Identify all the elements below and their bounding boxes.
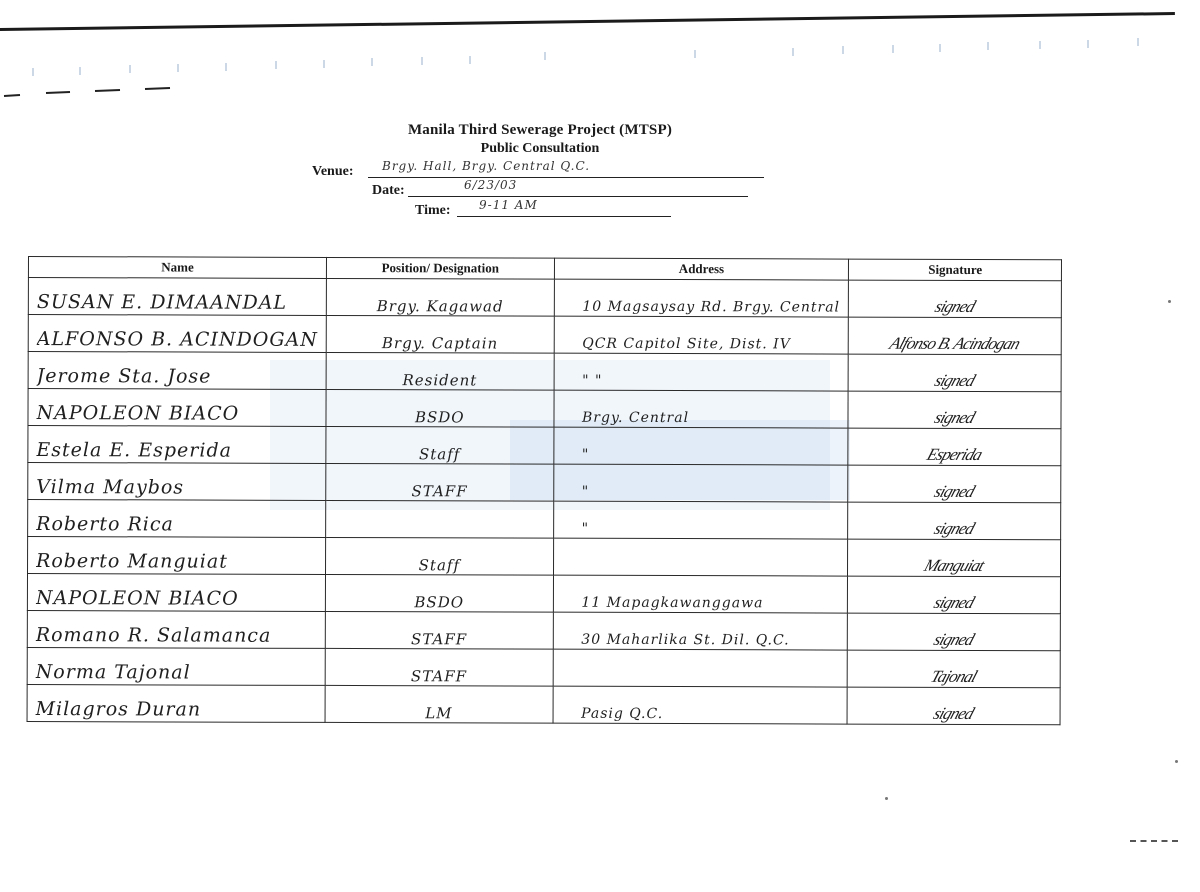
document-header: Manila Third Sewerage Project (MTSP) Pub…	[300, 122, 780, 157]
date-label: Date:	[372, 183, 405, 199]
signature-mark: signed	[854, 370, 1056, 391]
name-cell: Estela E. Esperida	[28, 426, 326, 464]
name-cell: Roberto Rica	[28, 500, 326, 538]
signature-mark: Alfonso B. Acindogan	[854, 333, 1056, 354]
address-cell: " "	[554, 353, 849, 391]
name-cell: Vilma Maybos	[28, 463, 326, 501]
signature-cell: Alfonso B. Acindogan	[849, 317, 1062, 355]
handwritten-address: "	[562, 484, 840, 502]
column-header-address: Address	[554, 258, 849, 280]
signature-mark: signed	[853, 518, 1055, 539]
venue-field: Venue: Brgy. Hall, Brgy. Central Q.C.	[312, 164, 354, 180]
table-row: SUSAN E. DIMAANDALBrgy. Kagawad10 Magsay…	[28, 278, 1061, 318]
handwritten-position: STAFF	[334, 630, 544, 649]
scan-edge-marks	[1130, 840, 1178, 842]
position-cell: Brgy. Captain	[326, 315, 554, 353]
signature-cell: signed	[848, 391, 1061, 429]
handwritten-position: Brgy. Captain	[335, 334, 545, 353]
position-cell: Staff	[326, 426, 554, 464]
venue-value: Brgy. Hall, Brgy. Central Q.C.	[368, 159, 764, 178]
signature-cell: signed	[848, 502, 1061, 540]
handwritten-name: Milagros Duran	[36, 698, 317, 722]
position-cell: STAFF	[325, 648, 553, 686]
table-row: Roberto ManguiatStaffManguiat	[28, 537, 1061, 577]
handwritten-address: 30 Maharlika St. Dil. Q.C.	[561, 632, 839, 650]
time-label: Time:	[415, 203, 451, 219]
table-row: Romano R. SalamancaSTAFF30 Maharlika St.…	[27, 610, 1060, 650]
scan-speck	[1168, 300, 1171, 303]
name-cell: Milagros Duran	[27, 684, 325, 722]
column-header-signature: Signature	[849, 259, 1062, 281]
position-cell: BSDO	[326, 574, 554, 612]
signature-cell: signed	[848, 465, 1061, 503]
handwritten-position: Resident	[335, 371, 545, 390]
signature-cell: signed	[848, 687, 1061, 725]
address-cell	[553, 649, 848, 687]
handwritten-address: "	[562, 447, 840, 465]
venue-label: Venue:	[312, 164, 354, 180]
handwritten-position: Staff	[334, 445, 544, 464]
signature-mark: signed	[853, 481, 1055, 502]
signature-cell: Esperida	[848, 428, 1061, 466]
signature-cell: Tajonal	[848, 650, 1061, 688]
scan-tick-marks	[0, 20, 1200, 100]
position-cell: STAFF	[325, 611, 553, 649]
table-row: Milagros DuranLMPasig Q.C.signed	[27, 684, 1060, 724]
handwritten-address: 11 Mapagkawanggawa	[561, 595, 839, 613]
name-cell: NAPOLEON BIACO	[27, 574, 325, 612]
address-cell: 30 Maharlika St. Dil. Q.C.	[553, 612, 848, 650]
attendance-table: Name Position/ Designation Address Signa…	[27, 256, 1062, 725]
signature-mark: Tajonal	[853, 666, 1055, 687]
handwritten-position: LM	[334, 704, 544, 723]
time-field: Time: 9-11 AM	[415, 203, 451, 219]
address-cell: "	[553, 464, 848, 502]
scan-speck	[1175, 760, 1178, 763]
name-cell: NAPOLEON BIACO	[28, 389, 326, 427]
position-cell: Brgy. Kagawad	[326, 278, 554, 316]
address-cell: 10 Magsaysay Rd. Brgy. Central	[554, 279, 849, 317]
table-row: Vilma MaybosSTAFF"signed	[28, 463, 1061, 503]
handwritten-address: QCR Capitol Site, Dist. IV	[562, 336, 840, 354]
name-cell: Roberto Manguiat	[28, 537, 326, 575]
position-cell: LM	[325, 685, 553, 723]
handwritten-name: NAPOLEON BIACO	[36, 402, 317, 426]
date-field: Date: 6/23/03	[372, 183, 405, 199]
signature-cell: signed	[848, 576, 1061, 614]
address-cell	[553, 538, 848, 576]
column-header-position: Position/ Designation	[327, 257, 554, 279]
handwritten-position: BSDO	[334, 593, 544, 612]
handwritten-position: Brgy. Kagawad	[335, 297, 545, 316]
address-cell: Pasig Q.C.	[553, 686, 848, 724]
time-value: 9-11 AM	[457, 198, 671, 217]
position-cell	[326, 500, 554, 538]
position-cell: BSDO	[326, 389, 554, 427]
signature-cell: Manguiat	[848, 539, 1061, 577]
handwritten-name: Jerome Sta. Jose	[37, 365, 318, 389]
handwritten-name: Norma Tajonal	[36, 661, 317, 685]
handwritten-address: 10 Magsaysay Rd. Brgy. Central	[562, 299, 840, 317]
handwritten-name: ALFONSO B. ACINDOGAN	[37, 328, 318, 352]
address-cell: "	[553, 501, 848, 539]
document-subtitle: Public Consultation	[300, 141, 780, 157]
handwritten-name: Roberto Manguiat	[36, 550, 317, 574]
address-cell: Brgy. Central	[553, 390, 848, 428]
handwritten-name: Romano R. Salamanca	[36, 624, 317, 648]
handwritten-name: SUSAN E. DIMAANDAL	[37, 291, 318, 315]
signature-mark: signed	[854, 407, 1056, 428]
signature-cell: signed	[849, 280, 1062, 318]
name-cell: Norma Tajonal	[27, 647, 325, 685]
table-row: ALFONSO B. ACINDOGANBrgy. CaptainQCR Cap…	[28, 315, 1061, 355]
signature-mark: signed	[853, 629, 1055, 650]
address-cell: 11 Mapagkawanggawa	[553, 575, 848, 613]
address-cell: QCR Capitol Site, Dist. IV	[554, 316, 849, 354]
table-row: NAPOLEON BIACOBSDO11 Mapagkawanggawasign…	[27, 574, 1060, 614]
name-cell: SUSAN E. DIMAANDAL	[28, 278, 326, 316]
table-row: NAPOLEON BIACOBSDOBrgy. Centralsigned	[28, 389, 1061, 429]
signature-mark: Manguiat	[853, 555, 1055, 576]
date-value: 6/23/03	[408, 178, 748, 197]
signature-mark: signed	[853, 703, 1055, 724]
position-cell: Staff	[326, 537, 554, 575]
table-row: Jerome Sta. JoseResident" "signed	[28, 352, 1061, 392]
scan-speck	[885, 797, 888, 800]
handwritten-position: STAFF	[334, 667, 544, 686]
address-cell: "	[553, 427, 848, 465]
handwritten-name: Estela E. Esperida	[36, 439, 317, 463]
handwritten-address: " "	[562, 373, 840, 391]
signature-cell: signed	[849, 354, 1062, 392]
signature-mark: signed	[853, 592, 1055, 613]
signature-mark: Esperida	[854, 444, 1056, 465]
table-row: Roberto Rica"signed	[28, 500, 1061, 540]
handwritten-position: Staff	[334, 556, 544, 575]
signature-cell: signed	[848, 613, 1061, 651]
name-cell: Jerome Sta. Jose	[28, 352, 326, 390]
signature-mark: signed	[854, 296, 1056, 317]
handwritten-address: Brgy. Central	[562, 410, 840, 428]
handwritten-name: Roberto Rica	[36, 513, 317, 537]
handwritten-address: "	[562, 521, 840, 539]
column-header-name: Name	[28, 257, 326, 279]
position-cell: Resident	[326, 352, 554, 390]
position-cell: STAFF	[326, 463, 554, 501]
name-cell: Romano R. Salamanca	[27, 610, 325, 648]
handwritten-address: Pasig Q.C.	[561, 706, 839, 724]
document-title: Manila Third Sewerage Project (MTSP)	[300, 122, 780, 139]
handwritten-name: Vilma Maybos	[36, 476, 317, 500]
name-cell: ALFONSO B. ACINDOGAN	[28, 315, 326, 353]
table-row: Estela E. EsperidaStaff"Esperida	[28, 426, 1061, 466]
handwritten-name: NAPOLEON BIACO	[36, 587, 317, 611]
handwritten-position: BSDO	[335, 408, 545, 427]
table-row: Norma TajonalSTAFFTajonal	[27, 647, 1060, 687]
handwritten-position: STAFF	[334, 482, 544, 501]
